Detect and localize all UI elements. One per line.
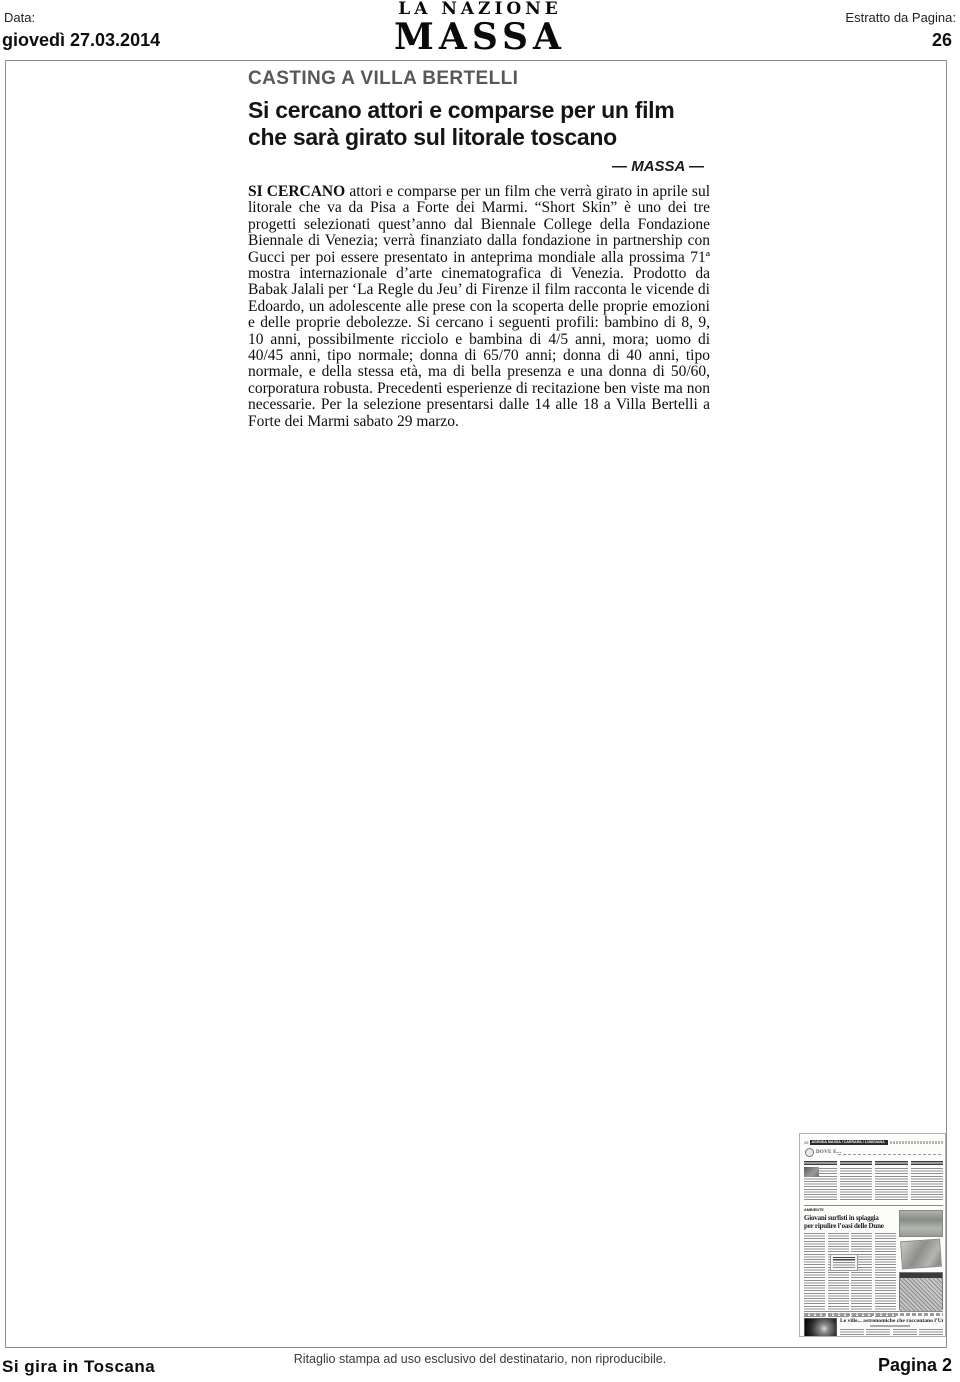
mini-section-banner: AGENDA MASSA / CARRARA / LUNIGIANA	[810, 1140, 888, 1145]
mini-logo-row: DOVE E...	[804, 1148, 943, 1158]
fake-text-block	[866, 1329, 890, 1337]
mini-agenda-headline	[804, 1161, 837, 1166]
article-body-rest: attori e comparse per un film che verrà …	[248, 183, 710, 430]
masthead-massa: MASSA	[0, 19, 960, 55]
fake-text-block	[833, 1262, 855, 1269]
fake-text-block	[875, 1233, 896, 1319]
fake-text-block	[851, 1233, 872, 1319]
mini-inset-headline	[833, 1257, 855, 1261]
mini-rule	[804, 1205, 943, 1206]
mini-agenda-col	[911, 1161, 944, 1203]
headline-line-1: Si cercano attori e comparse per un film	[248, 97, 710, 124]
mini-kicker: AMBIENTE	[804, 1208, 896, 1212]
mini-cleanup-photo	[900, 1239, 942, 1270]
mini-dotted-rule	[838, 1154, 943, 1155]
mini-agenda-headline	[875, 1161, 908, 1166]
fake-text-block	[840, 1168, 873, 1202]
mini-headline-surfisti: Giovani surfisti in spiaggia per ripulir…	[804, 1214, 897, 1230]
source-page-thumbnail: 26 AGENDA MASSA / CARRARA / LUNIGIANA DO…	[799, 1133, 946, 1337]
fake-text-block	[919, 1329, 943, 1337]
mini-headline1-line1: Giovani surfisti in spiaggia	[804, 1214, 897, 1222]
mini-headline-universo: Le ville... astronomiche che raccontano …	[840, 1318, 943, 1324]
mini-dateline-texture	[890, 1141, 943, 1144]
mini-topbar: 26 AGENDA MASSA / CARRARA / LUNIGIANA	[804, 1139, 943, 1145]
fake-text-block	[828, 1233, 849, 1319]
footer-disclaimer: Ritaglio stampa ad uso esclusivo del des…	[0, 1352, 960, 1366]
mini-body-columns	[804, 1233, 896, 1319]
mini-logo-icon	[805, 1148, 814, 1157]
headline-line-2: che sarà girato sul litorale toscano	[248, 124, 710, 151]
mini-rule	[804, 1311, 943, 1312]
article-headline: Si cercano attori e comparse per un film…	[248, 97, 710, 151]
article: CASTING A VILLA BERTELLI Si cercano atto…	[248, 68, 710, 430]
mini-beach-photo	[899, 1210, 943, 1237]
mini-agenda-row	[804, 1161, 943, 1203]
mini-agenda-headline	[911, 1161, 944, 1166]
mini-agenda-headline	[840, 1161, 873, 1166]
fake-text-block	[911, 1168, 944, 1202]
fake-text-block	[875, 1168, 908, 1202]
mini-agenda-photo	[804, 1167, 819, 1177]
mini-byline-texture	[870, 1325, 910, 1327]
mini-agenda-col	[804, 1161, 837, 1203]
mini-agenda-col	[840, 1161, 873, 1203]
mini-agenda-col	[875, 1161, 908, 1203]
article-body: SI CERCANO attori e comparse per un film…	[248, 184, 710, 430]
article-body-lead: SI CERCANO	[248, 183, 345, 200]
mini-section2-kicker-texture	[804, 1313, 943, 1316]
extracted-page-number: 26	[932, 30, 952, 51]
article-dateline: — MASSA —	[248, 158, 710, 175]
mini-section2-columns	[840, 1329, 943, 1337]
fake-text-block	[804, 1233, 825, 1319]
extracted-page-label: Estratto da Pagina:	[845, 10, 956, 25]
fake-text-block	[840, 1329, 864, 1337]
footer-page-number: Pagina 2	[878, 1355, 952, 1376]
article-kicker: CASTING A VILLA BERTELLI	[248, 68, 710, 90]
mini-info-box	[899, 1272, 943, 1310]
mini-astronomy-photo	[804, 1318, 837, 1337]
mini-headline1-line2: per ripulire l’oasi delle Dune	[804, 1222, 897, 1230]
fake-text-block	[893, 1329, 917, 1337]
mini-page-number: 26	[804, 1140, 808, 1145]
press-clipping-page: Data: giovedì 27.03.2014 LA NAZIONE MASS…	[0, 0, 960, 1382]
masthead: LA NAZIONE MASSA	[0, 1, 960, 55]
mini-info-box-body	[900, 1278, 942, 1311]
mini-inset-box	[830, 1254, 858, 1271]
